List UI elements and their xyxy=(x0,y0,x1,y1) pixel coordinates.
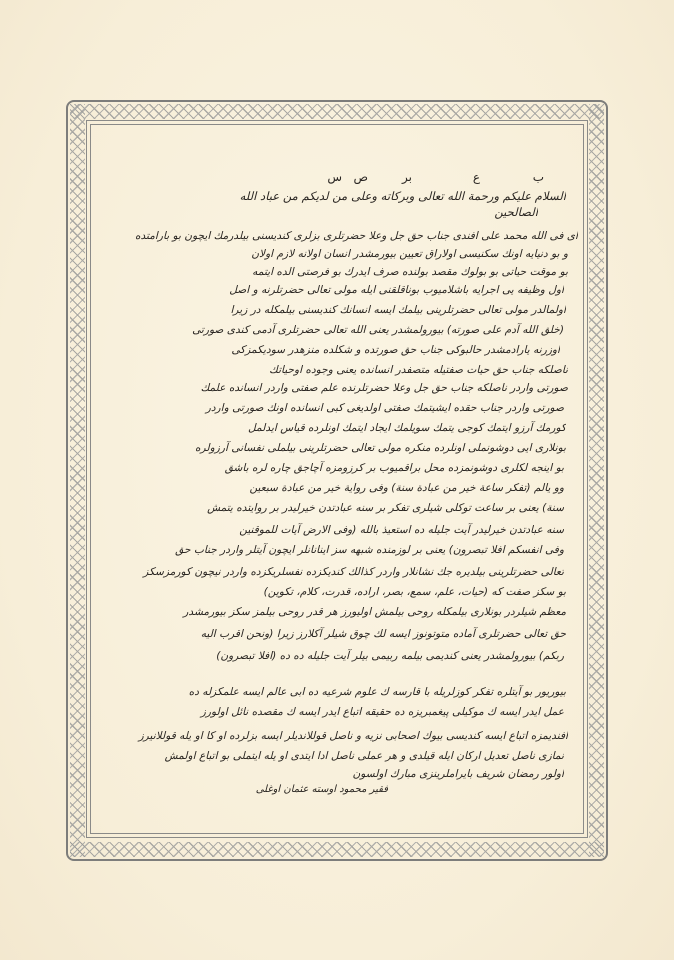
salutation-continued: الصالحين xyxy=(338,204,538,220)
letter-line: (خلق الله آدم على صورته) بيورولمشدر يعنى… xyxy=(96,322,564,338)
salutation: السلام عليكم ورحمة الله تعالى وبركاته وع… xyxy=(96,188,566,204)
letter-line: اوزرنه يارادمشدر حالبوكى جناب حق صورتده … xyxy=(96,342,560,358)
letter-line: سنة) يعنى بر ساعت توكلى شيلرى تفكر بر سن… xyxy=(96,500,564,516)
letter-line: اولور رمضان شريف بايراملرينزى مبارك اولس… xyxy=(96,766,564,782)
letter-line: صورتى واردر ناصلكه جناب حق جل وعلا حضرتل… xyxy=(96,380,568,396)
letter-line: معظم شيلردر بونلارى بيلمكله روحى بيلمش ا… xyxy=(96,604,566,620)
letter-line: بونلارى ايى دوشونملى اونلرده منكره مولى … xyxy=(96,440,566,456)
mark: بر xyxy=(402,170,412,184)
letter-line: عمل ايدر ايسه ك موكيلى پيغمبريزه ده حقيق… xyxy=(96,704,564,720)
letter-line: افنديمزه اتباع ايسه كنديسى بيوك اصحابى ن… xyxy=(96,728,568,744)
letter-line: ربكم) بيورولمشدر يعنى كنديمى بيلمه ربيمى… xyxy=(96,648,564,664)
letter-line: وو يالم (تفكر ساعة خير من عبادة سنة) وفى… xyxy=(96,480,564,496)
letter-line: كورمك آرزو ايتمك كوجى يتمك سويلمك ايجاد … xyxy=(96,420,566,436)
marginal-marks: ب ع بر ص س xyxy=(96,170,578,188)
letter-line: اولمالدر مولى تعالى حضرتلرينى بيلمك ايسه… xyxy=(96,302,566,318)
mark: س xyxy=(327,170,342,184)
braid-border-top xyxy=(70,104,604,119)
letter-line: بو سكز صفت كه (حيات، علم، سمع، بصر، اراد… xyxy=(96,584,566,600)
letter-line: و بو دنيايه اونك سكنيسى اولاراق تعيين بي… xyxy=(96,246,568,262)
letter-line: صورتى واردر جناب حقده ايشيتمك صفتى اولدي… xyxy=(96,400,564,416)
letter-line: وفى انفسكم افلا تبصرون) يعنى بر لوزمنده … xyxy=(96,542,564,558)
mark: ع xyxy=(473,170,480,184)
braid-border-bottom xyxy=(70,842,604,857)
letter-line: بو اينجه لكلرى دوشونمزده محل براقميوب بر… xyxy=(96,460,564,476)
mark: ص xyxy=(353,170,368,184)
letter-line: بيوريور بو آيتلره تفكر كوزلريله با قارسه… xyxy=(96,684,566,700)
letter-line: تعالى حضرتلرينى بيلديره جك نشانلار واردر… xyxy=(96,564,564,580)
braid-border-left xyxy=(70,104,85,857)
mark: ب xyxy=(533,170,544,184)
letter-line: اول وظيفه يى اجرايه باشلاميوب بوناقلقنى … xyxy=(96,282,564,298)
letter-line: ناصلكه جناب حق حيات صفتيله متصفدر انساند… xyxy=(96,362,568,378)
letter-line: اى فى الله محمد على افندى جناب حق جل وعل… xyxy=(96,228,578,244)
signature: فقير محمود اوسته عثمان اوغلى xyxy=(188,782,388,798)
braid-border-right xyxy=(589,104,604,857)
letter-line: نمازى ناصل تعديل اركان ايله قيلدى و هر ع… xyxy=(96,748,564,764)
handwritten-letter: ب ع بر ص س السلام عليكم ورحمة الله تعالى… xyxy=(96,170,578,810)
letter-line: حق تعالى حضرتلرى آماده متوتونوز ايسه لك … xyxy=(96,626,566,642)
letter-line: بو موقت حياتى بو بولوك مقصد بولنده صرف ا… xyxy=(96,264,568,280)
letter-line: سنه عبادتدن خيرليدر آيت جليله ده استعيذ … xyxy=(96,522,564,538)
